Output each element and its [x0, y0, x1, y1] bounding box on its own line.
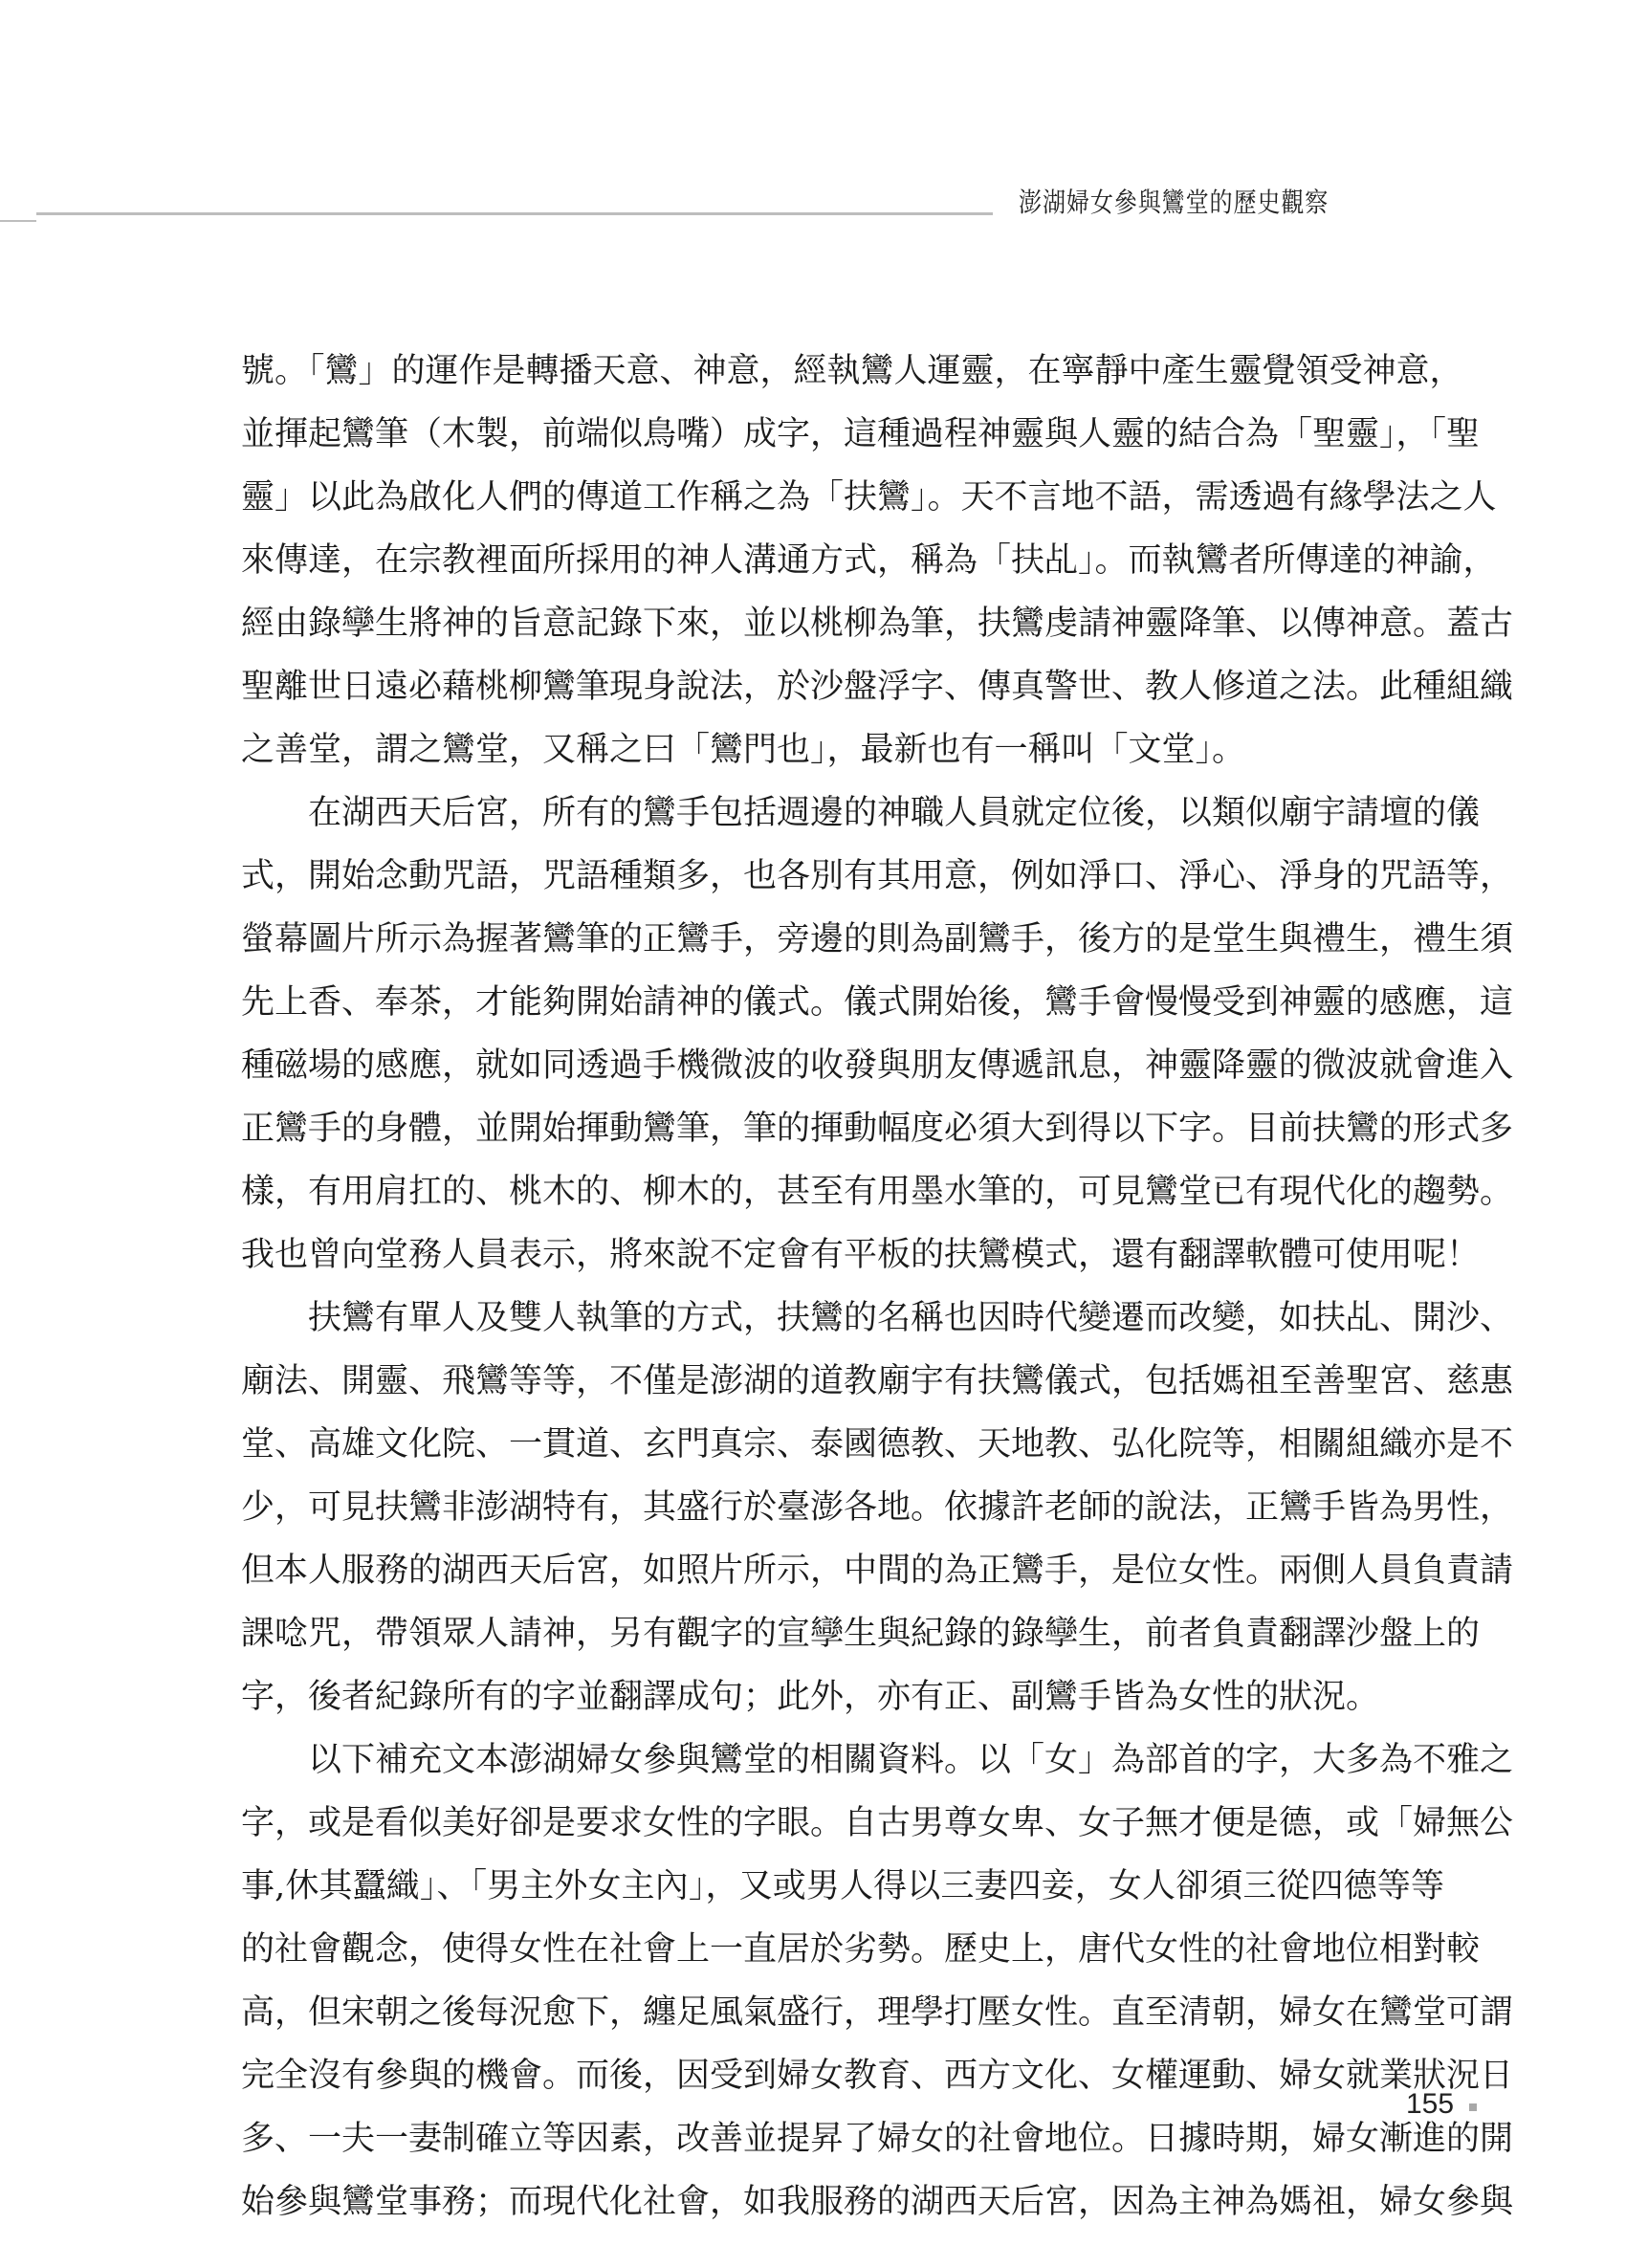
paragraph: 號。「鸞」的運作是轉播天意、神意，經執鸞人運靈，在寧靜中產生靈覺領受神意， 並揮… [241, 340, 1444, 782]
text-line: 經由錄孿生將神的旨意記錄下來，並以桃柳為筆，扶鸞虔請神靈降筆、以傳神意。蓋古 [241, 592, 1444, 655]
text-line: 聖離世日遠必藉桃柳鸞筆現身說法，於沙盤浮字、傳真警世、教人修道之法。此種組織 [241, 655, 1444, 718]
text-line: 式，開始念動咒語，咒語種類多，也各別有其用意，例如淨口、淨心、淨身的咒語等， [241, 845, 1444, 908]
text-line: 先上香、奉茶，才能夠開始請神的儀式。儀式開始後，鸞手會慢慢受到神靈的感應，這 [241, 971, 1444, 1034]
text-line: 字，後者紀錄所有的字並翻譯成句；此外，亦有正、副鸞手皆為女性的狀況。 [241, 1665, 1444, 1729]
text-line: 完全沒有參與的機會。而後，因受到婦女教育、西方文化、女權運動、婦女就業狀況日 [241, 2044, 1444, 2107]
text-line: 扶鸞有單人及雙人執筆的方式，扶鸞的名稱也因時代變遷而改變，如扶乩、開沙、 [241, 1287, 1444, 1350]
text-line: 種磁場的感應，就如同透過手機微波的收發與朋友傳遞訊息，神靈降靈的微波就會進入 [241, 1034, 1444, 1097]
body-text: 號。「鸞」的運作是轉播天意、神意，經執鸞人運靈，在寧靜中產生靈覺領受神意， 並揮… [241, 340, 1444, 2234]
text-line: 之善堂，謂之鸞堂，又稱之曰「鸞門也」，最新也有一稱叫「文堂」。 [241, 718, 1444, 782]
text-line: 樣，有用肩扛的、桃木的、柳木的，甚至有用墨水筆的，可見鸞堂已有現代化的趨勢。 [241, 1160, 1444, 1223]
text-line: 事,休其蠶織」、「男主外女主內」，又或男人得以三妻四妾，女人卻須三從四德等等 [241, 1855, 1444, 1918]
page-number: 155 [1406, 2088, 1454, 2121]
text-line: 的社會觀念，使得女性在社會上一直居於劣勢。歷史上，唐代女性的社會地位相對較 [241, 1918, 1444, 1981]
text-line: 高，但宋朝之後每況愈下，纏足風氣盛行，理學打壓女性。直至清朝，婦女在鸞堂可謂 [241, 1981, 1444, 2044]
text-line: 課唸咒，帶領眾人請神，另有觀字的宣孿生與紀錄的錄孿生，前者負責翻譯沙盤上的 [241, 1602, 1444, 1665]
paragraph: 扶鸞有單人及雙人執筆的方式，扶鸞的名稱也因時代變遷而改變，如扶乩、開沙、 廟法、… [241, 1287, 1444, 1729]
text-line: 號。「鸞」的運作是轉播天意、神意，經執鸞人運靈，在寧靜中產生靈覺領受神意， [241, 340, 1444, 403]
text-line: 始參與鸞堂事務；而現代化社會，如我服務的湖西天后宮，因為主神為媽祖，婦女參與 [241, 2170, 1444, 2234]
header-rule [36, 212, 993, 215]
text-line: 來傳達，在宗教裡面所採用的神人溝通方式，稱為「扶乩」。而執鸞者所傳達的神諭， [241, 529, 1444, 592]
text-line: 字，或是看似美好卻是要求女性的字眼。自古男尊女卑、女子無才便是德，或「婦無公 [241, 1792, 1444, 1855]
text-line: 並揮起鸞筆（木製，前端似鳥嘴）成字，這種過程神靈與人靈的結合為「聖靈」，「聖 [241, 403, 1444, 466]
header-rule-left [0, 220, 36, 222]
text-line: 正鸞手的身體，並開始揮動鸞筆，筆的揮動幅度必須大到得以下字。目前扶鸞的形式多 [241, 1097, 1444, 1160]
text-line: 但本人服務的湖西天后宮，如照片所示，中間的為正鸞手，是位女性。兩側人員負責請 [241, 1539, 1444, 1602]
text-line: 靈」以此為啟化人們的傳道工作稱之為「扶鸞」。天不言地不語，需透過有緣學法之人 [241, 466, 1444, 529]
text-line: 以下補充文本澎湖婦女參與鸞堂的相關資料。以「女」為部首的字，大多為不雅之 [241, 1729, 1444, 1792]
running-title: 澎湖婦女參與鸞堂的歷史觀察 [1019, 182, 1389, 220]
text-line: 多、一夫一妻制確立等因素，改善並提昇了婦女的社會地位。日據時期，婦女漸進的開 [241, 2107, 1444, 2170]
text-line: 少，可見扶鸞非澎湖特有，其盛行於臺澎各地。依據許老師的說法，正鸞手皆為男性， [241, 1476, 1444, 1539]
text-line: 在湖西天后宮，所有的鸞手包括週邊的神職人員就定位後，以類似廟宇請壇的儀 [241, 782, 1444, 845]
page-number-marker [1469, 2103, 1477, 2111]
text-line: 廟法、開靈、飛鸞等等，不僅是澎湖的道教廟宇有扶鸞儀式，包括媽祖至善聖宮、慈惠 [241, 1350, 1444, 1413]
paragraph: 在湖西天后宮，所有的鸞手包括週邊的神職人員就定位後，以類似廟宇請壇的儀 式，開始… [241, 782, 1444, 1287]
paragraph: 以下補充文本澎湖婦女參與鸞堂的相關資料。以「女」為部首的字，大多為不雅之 字，或… [241, 1729, 1444, 2234]
text-line: 螢幕圖片所示為握著鸞筆的正鸞手，旁邊的則為副鸞手，後方的是堂生與禮生，禮生須 [241, 908, 1444, 971]
text-line: 堂、高雄文化院、一貫道、玄門真宗、泰國德教、天地教、弘化院等，相關組織亦是不 [241, 1413, 1444, 1476]
text-line: 我也曾向堂務人員表示，將來說不定會有平板的扶鸞模式，還有翻譯軟體可使用呢！ [241, 1223, 1444, 1287]
